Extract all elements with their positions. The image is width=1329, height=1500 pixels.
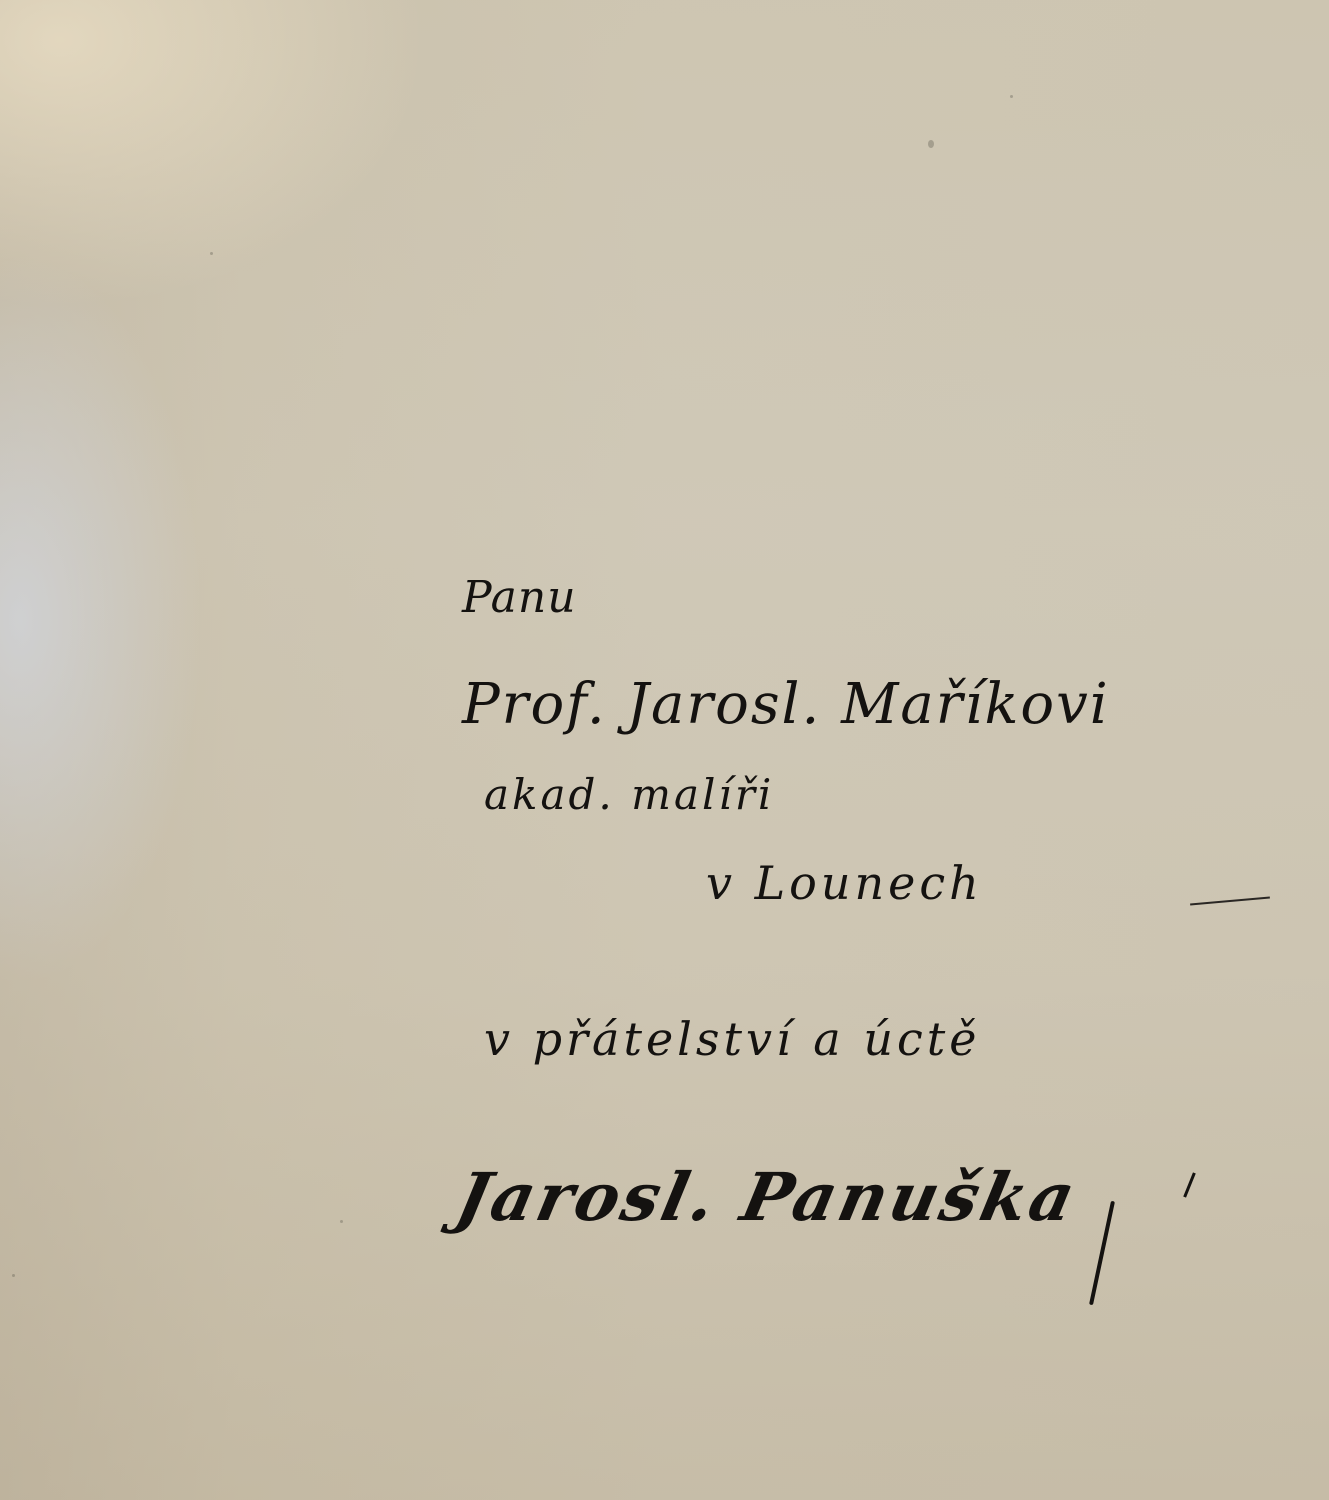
dedication-phrase: v přátelství a úctě xyxy=(484,1012,980,1066)
paper-speck xyxy=(210,252,213,255)
signature: Jarosl. Panuška xyxy=(450,1158,1085,1236)
salutation: Panu xyxy=(462,572,577,623)
paper-speck xyxy=(1010,95,1013,98)
book-page xyxy=(0,0,1329,1500)
recipient-name: Prof. Jarosl. Maříkovi xyxy=(462,672,1110,737)
paper-speck xyxy=(928,140,934,148)
recipient-title: akad. malíři xyxy=(484,770,774,819)
recipient-place: v Lounech xyxy=(706,856,983,910)
paper-speck xyxy=(12,1274,15,1277)
paper-speck xyxy=(340,1220,343,1223)
